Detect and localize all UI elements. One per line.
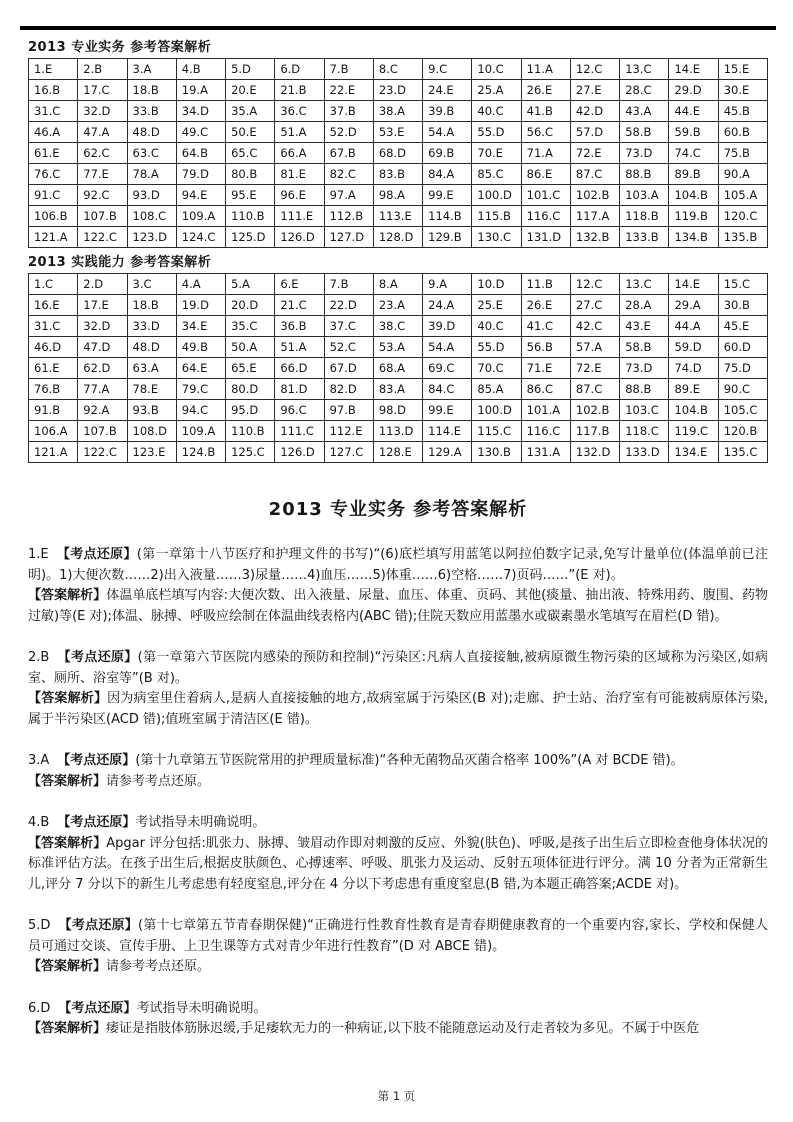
answer-cell: 3.A bbox=[127, 59, 176, 80]
answer-cell: 33.B bbox=[127, 101, 176, 122]
table-row: 1.C2.D3.C4.A5.A6.E7.B8.A9.A10.D11.B12.C1… bbox=[29, 274, 768, 295]
answer-cell: 103.A bbox=[620, 185, 669, 206]
answer-cell: 61.E bbox=[29, 358, 78, 379]
answer-cell: 9.C bbox=[423, 59, 472, 80]
table-row: 76.B77.A78.E79.C80.D81.D82.D83.A84.C85.A… bbox=[29, 379, 768, 400]
answer-cell: 84.A bbox=[423, 164, 472, 185]
answer-cell: 28.A bbox=[620, 295, 669, 316]
answer-cell: 41.C bbox=[521, 316, 570, 337]
answer-cell: 119.C bbox=[669, 421, 718, 442]
answer-cell: 37.B bbox=[324, 101, 373, 122]
item-number: 6.D bbox=[28, 1001, 58, 1016]
answer-cell: 52.C bbox=[324, 337, 373, 358]
answer-cell: 60.D bbox=[718, 337, 767, 358]
analysis-item: 6.D【考点还原】考试指导未明确说明。【答案解析】痿证是指肢体筋脉迟缓,手足痿软… bbox=[28, 999, 768, 1040]
item-number: 1.E bbox=[28, 547, 57, 562]
answer-cell: 39.D bbox=[423, 316, 472, 337]
answer-cell: 25.E bbox=[472, 295, 521, 316]
answer-cell: 104.B bbox=[669, 185, 718, 206]
answer-cell: 135.C bbox=[718, 442, 767, 463]
answer-cell: 126.D bbox=[275, 227, 324, 248]
answer-cell: 85.C bbox=[472, 164, 521, 185]
answer-cell: 101.A bbox=[521, 400, 570, 421]
answer-cell: 55.D bbox=[472, 337, 521, 358]
answer-cell: 47.A bbox=[78, 122, 127, 143]
answer-cell: 58.B bbox=[620, 337, 669, 358]
answer-cell: 106.A bbox=[29, 421, 78, 442]
analysis-items: 1.E【考点还原】(第一章第十八节医疗和护理文件的书写)“(6)底栏填写用蓝笔以… bbox=[28, 545, 768, 1040]
answer-cell: 102.B bbox=[570, 185, 619, 206]
answer-cell: 114.E bbox=[423, 421, 472, 442]
answer-cell: 36.C bbox=[275, 101, 324, 122]
answer-cell: 79.D bbox=[176, 164, 225, 185]
answer-cell: 123.D bbox=[127, 227, 176, 248]
answer-cell: 69.B bbox=[423, 143, 472, 164]
answer-cell: 44.E bbox=[669, 101, 718, 122]
answer-cell: 83.B bbox=[373, 164, 422, 185]
answer-cell: 117.A bbox=[570, 206, 619, 227]
answer-cell: 34.E bbox=[176, 316, 225, 337]
answer-cell: 74.C bbox=[669, 143, 718, 164]
answer-cell: 63.C bbox=[127, 143, 176, 164]
analysis-item: 5.D【考点还原】(第十七章第五节青春期保健)“正确进行性教育性教育是青春期健康… bbox=[28, 916, 768, 978]
answer-cell: 89.E bbox=[669, 379, 718, 400]
answer-cell: 114.B bbox=[423, 206, 472, 227]
answer-cell: 35.A bbox=[226, 101, 275, 122]
answer-cell: 72.E bbox=[570, 358, 619, 379]
answer-cell: 128.E bbox=[373, 442, 422, 463]
document-page: 2013 专业实务 参考答案解析 1.E2.B3.A4.B5.D6.D7.B8.… bbox=[0, 0, 793, 1122]
answer-cell: 3.C bbox=[127, 274, 176, 295]
answer-cell: 26.E bbox=[521, 295, 570, 316]
answer-cell: 97.B bbox=[324, 400, 373, 421]
answer-cell: 96.E bbox=[275, 185, 324, 206]
answer-cell: 16.E bbox=[29, 295, 78, 316]
answer-cell: 67.B bbox=[324, 143, 373, 164]
item-number: 5.D bbox=[28, 918, 58, 933]
answer-cell: 74.D bbox=[669, 358, 718, 379]
answer-cell: 118.C bbox=[620, 421, 669, 442]
answer-cell: 12.C bbox=[570, 274, 619, 295]
answer-cell: 16.B bbox=[29, 80, 78, 101]
analysis-item: 3.A【考点还原】(第十九章第五节医院常用的护理质量标准)“各种无菌物品灭菌合格… bbox=[28, 751, 768, 792]
answer-cell: 95.D bbox=[226, 400, 275, 421]
answer-cell: 18.B bbox=[127, 80, 176, 101]
answer-cell: 42.C bbox=[570, 316, 619, 337]
answer-cell: 78.E bbox=[127, 379, 176, 400]
answer-cell: 26.E bbox=[521, 80, 570, 101]
answer-cell: 8.A bbox=[373, 274, 422, 295]
kaodian-paragraph: 6.D【考点还原】考试指导未明确说明。 bbox=[28, 999, 768, 1020]
answer-cell: 22.D bbox=[324, 295, 373, 316]
answer-cell: 120.C bbox=[718, 206, 767, 227]
answer-cell: 64.E bbox=[176, 358, 225, 379]
answer-cell: 12.C bbox=[570, 59, 619, 80]
answer-cell: 91.C bbox=[29, 185, 78, 206]
answer-cell: 57.A bbox=[570, 337, 619, 358]
answer-cell: 94.C bbox=[176, 400, 225, 421]
answer-cell: 4.B bbox=[176, 59, 225, 80]
answer-cell: 54.A bbox=[423, 122, 472, 143]
answer-cell: 132.B bbox=[570, 227, 619, 248]
answer-cell: 50.E bbox=[226, 122, 275, 143]
answer-cell: 125.C bbox=[226, 442, 275, 463]
answer-cell: 64.B bbox=[176, 143, 225, 164]
answer-cell: 80.B bbox=[226, 164, 275, 185]
answer-cell: 2.D bbox=[78, 274, 127, 295]
answer-cell: 94.E bbox=[176, 185, 225, 206]
answer-cell: 49.B bbox=[176, 337, 225, 358]
jiexi-paragraph: 【答案解析】痿证是指肢体筋脉迟缓,手足痿软无力的一种病证,以下肢不能随意运动及行… bbox=[28, 1019, 768, 1040]
kaodian-paragraph: 2.B【考点还原】(第一章第六节医院内感染的预防和控制)“污染区:凡病人直接接触… bbox=[28, 648, 768, 689]
answer-cell: 108.C bbox=[127, 206, 176, 227]
answer-cell: 80.D bbox=[226, 379, 275, 400]
answer-cell: 62.D bbox=[78, 358, 127, 379]
table-row: 106.B107.B108.C109.A110.B111.E112.B113.E… bbox=[29, 206, 768, 227]
answer-cell: 62.C bbox=[78, 143, 127, 164]
answer-cell: 65.E bbox=[226, 358, 275, 379]
answer-cell: 100.D bbox=[472, 400, 521, 421]
answer-cell: 76.B bbox=[29, 379, 78, 400]
table-row: 16.B17.C18.B19.A20.E21.B22.E23.D24.E25.A… bbox=[29, 80, 768, 101]
jiexi-label: 【答案解析】 bbox=[28, 959, 106, 974]
answer-cell: 101.C bbox=[521, 185, 570, 206]
answer-cell: 47.D bbox=[78, 337, 127, 358]
answer-table-2: 1.C2.D3.C4.A5.A6.E7.B8.A9.A10.D11.B12.C1… bbox=[28, 273, 768, 463]
jiexi-paragraph: 【答案解析】Apgar 评分包括:肌张力、脉搏、皱眉动作即对刺激的反应、外貌(肤… bbox=[28, 834, 768, 896]
answer-cell: 50.A bbox=[226, 337, 275, 358]
answer-cell: 88.B bbox=[620, 379, 669, 400]
answer-cell: 28.C bbox=[620, 80, 669, 101]
answer-cell: 18.B bbox=[127, 295, 176, 316]
answer-cell: 11.B bbox=[521, 274, 570, 295]
answer-cell: 13.C bbox=[620, 59, 669, 80]
answer-cell: 98.A bbox=[373, 185, 422, 206]
answer-cell: 41.B bbox=[521, 101, 570, 122]
answer-cell: 104.B bbox=[669, 400, 718, 421]
answer-cell: 14.E bbox=[669, 59, 718, 80]
table-row: 61.E62.C63.C64.B65.C66.A67.B68.D69.B70.E… bbox=[29, 143, 768, 164]
answer-cell: 116.C bbox=[521, 421, 570, 442]
answer-cell: 133.B bbox=[620, 227, 669, 248]
answer-cell: 65.C bbox=[226, 143, 275, 164]
answer-cell: 15.C bbox=[718, 274, 767, 295]
answer-cell: 44.A bbox=[669, 316, 718, 337]
table-row: 106.A107.B108.D109.A110.B111.C112.E113.D… bbox=[29, 421, 768, 442]
answer-cell: 40.C bbox=[472, 316, 521, 337]
answer-cell: 54.A bbox=[423, 337, 472, 358]
answer-cell: 98.D bbox=[373, 400, 422, 421]
answer-cell: 77.E bbox=[78, 164, 127, 185]
answer-cell: 81.D bbox=[275, 379, 324, 400]
answer-cell: 79.C bbox=[176, 379, 225, 400]
answer-cell: 113.D bbox=[373, 421, 422, 442]
answer-cell: 34.D bbox=[176, 101, 225, 122]
answer-cell: 49.C bbox=[176, 122, 225, 143]
answer-cell: 11.A bbox=[521, 59, 570, 80]
answer-cell: 124.B bbox=[176, 442, 225, 463]
answer-cell: 73.D bbox=[620, 358, 669, 379]
answer-cell: 20.E bbox=[226, 80, 275, 101]
answer-cell: 59.B bbox=[669, 122, 718, 143]
answer-cell: 108.D bbox=[127, 421, 176, 442]
answer-cell: 59.D bbox=[669, 337, 718, 358]
answer-cell: 90.C bbox=[718, 379, 767, 400]
answer-cell: 10.C bbox=[472, 59, 521, 80]
table-row: 46.A47.A48.D49.C50.E51.A52.D53.E54.A55.D… bbox=[29, 122, 768, 143]
answer-cell: 106.B bbox=[29, 206, 78, 227]
answer-cell: 86.E bbox=[521, 164, 570, 185]
table-row: 91.C92.C93.D94.E95.E96.E97.A98.A99.E100.… bbox=[29, 185, 768, 206]
analysis-item: 4.B【考点还原】考试指导未明确说明。【答案解析】Apgar 评分包括:肌张力、… bbox=[28, 813, 768, 895]
answer-cell: 15.E bbox=[718, 59, 767, 80]
answer-cell: 96.C bbox=[275, 400, 324, 421]
answer-cell: 111.E bbox=[275, 206, 324, 227]
answer-cell: 129.B bbox=[423, 227, 472, 248]
answer-cell: 127.C bbox=[324, 442, 373, 463]
answer-cell: 78.A bbox=[127, 164, 176, 185]
answer-cell: 68.D bbox=[373, 143, 422, 164]
jiexi-label: 【答案解析】 bbox=[28, 1021, 106, 1036]
kaodian-paragraph: 4.B【考点还原】考试指导未明确说明。 bbox=[28, 813, 768, 834]
answer-cell: 52.D bbox=[324, 122, 373, 143]
answer-cell: 86.C bbox=[521, 379, 570, 400]
kaodian-label: 【考点还原】 bbox=[58, 1001, 136, 1016]
answer-cell: 109.A bbox=[176, 206, 225, 227]
answer-cell: 1.C bbox=[29, 274, 78, 295]
answer-cell: 69.C bbox=[423, 358, 472, 379]
answer-cell: 93.B bbox=[127, 400, 176, 421]
kaodian-paragraph: 1.E【考点还原】(第一章第十八节医疗和护理文件的书写)“(6)底栏填写用蓝笔以… bbox=[28, 545, 768, 586]
kaodian-label: 【考点还原】 bbox=[57, 753, 135, 768]
answer-cell: 122.C bbox=[78, 442, 127, 463]
answer-cell: 132.D bbox=[570, 442, 619, 463]
answer-cell: 42.D bbox=[570, 101, 619, 122]
answer-cell: 112.E bbox=[324, 421, 373, 442]
answer-cell: 130.B bbox=[472, 442, 521, 463]
answer-cell: 58.B bbox=[620, 122, 669, 143]
answer-cell: 40.C bbox=[472, 101, 521, 122]
answer-cell: 127.D bbox=[324, 227, 373, 248]
answer-cell: 99.E bbox=[423, 185, 472, 206]
answer-cell: 33.D bbox=[127, 316, 176, 337]
answer-cell: 61.E bbox=[29, 143, 78, 164]
answer-cell: 117.B bbox=[570, 421, 619, 442]
answer-cell: 76.C bbox=[29, 164, 78, 185]
answer-cell: 38.A bbox=[373, 101, 422, 122]
answer-cell: 133.D bbox=[620, 442, 669, 463]
top-double-rule bbox=[20, 26, 776, 30]
jiexi-label: 【答案解析】 bbox=[28, 774, 106, 789]
answer-cell: 21.C bbox=[275, 295, 324, 316]
answer-cell: 71.E bbox=[521, 358, 570, 379]
answer-cell: 92.A bbox=[78, 400, 127, 421]
answer-cell: 27.E bbox=[570, 80, 619, 101]
answer-cell: 53.E bbox=[373, 122, 422, 143]
answer-cell: 13.C bbox=[620, 274, 669, 295]
answer-cell: 29.D bbox=[669, 80, 718, 101]
answer-cell: 103.C bbox=[620, 400, 669, 421]
answer-cell: 87.C bbox=[570, 164, 619, 185]
kaodian-label: 【考点还原】 bbox=[57, 547, 137, 562]
kaodian-label: 【考点还原】 bbox=[58, 918, 138, 933]
section2-header: 2013 实践能力 参考答案解析 bbox=[28, 251, 768, 270]
kaodian-label: 【考点还原】 bbox=[57, 650, 137, 665]
answer-cell: 122.C bbox=[78, 227, 127, 248]
answer-cell: 99.E bbox=[423, 400, 472, 421]
analysis-title: 2013 专业实务 参考答案解析 bbox=[28, 495, 768, 521]
answer-cell: 30.B bbox=[718, 295, 767, 316]
answer-cell: 23.A bbox=[373, 295, 422, 316]
answer-cell: 23.D bbox=[373, 80, 422, 101]
answer-cell: 51.A bbox=[275, 122, 324, 143]
table-row: 1.E2.B3.A4.B5.D6.D7.B8.C9.C10.C11.A12.C1… bbox=[29, 59, 768, 80]
table-row: 16.E17.E18.B19.D20.D21.C22.D23.A24.A25.E… bbox=[29, 295, 768, 316]
table-row: 61.E62.D63.A64.E65.E66.D67.D68.A69.C70.C… bbox=[29, 358, 768, 379]
answer-cell: 17.E bbox=[78, 295, 127, 316]
answer-cell: 135.B bbox=[718, 227, 767, 248]
answer-cell: 91.B bbox=[29, 400, 78, 421]
answer-cell: 57.D bbox=[570, 122, 619, 143]
table-row: 76.C77.E78.A79.D80.B81.E82.C83.B84.A85.C… bbox=[29, 164, 768, 185]
answer-cell: 63.A bbox=[127, 358, 176, 379]
answer-cell: 46.D bbox=[29, 337, 78, 358]
answer-cell: 7.B bbox=[324, 59, 373, 80]
answer-cell: 115.C bbox=[472, 421, 521, 442]
jiexi-label: 【答案解析】 bbox=[28, 691, 107, 706]
page-footer: 第 1 页 bbox=[0, 1088, 793, 1104]
answer-cell: 102.B bbox=[570, 400, 619, 421]
answer-cell: 43.A bbox=[620, 101, 669, 122]
answer-cell: 88.B bbox=[620, 164, 669, 185]
answer-cell: 126.D bbox=[275, 442, 324, 463]
kaodian-paragraph: 3.A【考点还原】(第十九章第五节医院常用的护理质量标准)“各种无菌物品灭菌合格… bbox=[28, 751, 768, 772]
answer-cell: 134.B bbox=[669, 227, 718, 248]
section1-header: 2013 专业实务 参考答案解析 bbox=[28, 36, 768, 55]
answer-cell: 70.E bbox=[472, 143, 521, 164]
answer-cell: 81.E bbox=[275, 164, 324, 185]
answer-cell: 32.D bbox=[78, 101, 127, 122]
answer-cell: 83.A bbox=[373, 379, 422, 400]
answer-cell: 107.B bbox=[78, 421, 127, 442]
answer-cell: 29.A bbox=[669, 295, 718, 316]
answer-cell: 66.D bbox=[275, 358, 324, 379]
answer-cell: 45.B bbox=[718, 101, 767, 122]
answer-cell: 90.A bbox=[718, 164, 767, 185]
answer-cell: 38.C bbox=[373, 316, 422, 337]
answer-cell: 9.A bbox=[423, 274, 472, 295]
answer-cell: 35.C bbox=[226, 316, 275, 337]
answer-cell: 32.D bbox=[78, 316, 127, 337]
answer-cell: 111.C bbox=[275, 421, 324, 442]
answer-cell: 110.B bbox=[226, 206, 275, 227]
answer-cell: 10.D bbox=[472, 274, 521, 295]
answer-cell: 84.C bbox=[423, 379, 472, 400]
item-number: 2.B bbox=[28, 650, 57, 665]
answer-cell: 105.A bbox=[718, 185, 767, 206]
answer-cell: 97.A bbox=[324, 185, 373, 206]
answer-cell: 72.E bbox=[570, 143, 619, 164]
answer-cell: 55.D bbox=[472, 122, 521, 143]
answer-cell: 75.B bbox=[718, 143, 767, 164]
answer-cell: 75.D bbox=[718, 358, 767, 379]
answer-cell: 31.C bbox=[29, 316, 78, 337]
item-number: 4.B bbox=[28, 815, 57, 830]
answer-cell: 112.B bbox=[324, 206, 373, 227]
kaodian-label: 【考点还原】 bbox=[57, 815, 135, 830]
answer-cell: 82.D bbox=[324, 379, 373, 400]
answer-cell: 82.C bbox=[324, 164, 373, 185]
answer-cell: 5.D bbox=[226, 59, 275, 80]
answer-cell: 36.B bbox=[275, 316, 324, 337]
answer-cell: 8.C bbox=[373, 59, 422, 80]
answer-cell: 1.E bbox=[29, 59, 78, 80]
kaodian-paragraph: 5.D【考点还原】(第十七章第五节青春期保健)“正确进行性教育性教育是青春期健康… bbox=[28, 916, 768, 957]
answer-cell: 68.A bbox=[373, 358, 422, 379]
answer-cell: 30.E bbox=[718, 80, 767, 101]
answer-cell: 48.D bbox=[127, 122, 176, 143]
answer-cell: 89.B bbox=[669, 164, 718, 185]
table-row: 121.A122.C123.E124.B125.C126.D127.C128.E… bbox=[29, 442, 768, 463]
answer-cell: 43.E bbox=[620, 316, 669, 337]
answer-table-1: 1.E2.B3.A4.B5.D6.D7.B8.C9.C10.C11.A12.C1… bbox=[28, 58, 768, 248]
answer-cell: 6.E bbox=[275, 274, 324, 295]
answer-cell: 67.D bbox=[324, 358, 373, 379]
answer-cell: 17.C bbox=[78, 80, 127, 101]
answer-cell: 125.D bbox=[226, 227, 275, 248]
answer-cell: 87.C bbox=[570, 379, 619, 400]
answer-cell: 27.C bbox=[570, 295, 619, 316]
answer-cell: 7.B bbox=[324, 274, 373, 295]
answer-cell: 53.A bbox=[373, 337, 422, 358]
jiexi-paragraph: 【答案解析】请参考考点还原。 bbox=[28, 772, 768, 793]
answer-cell: 120.B bbox=[718, 421, 767, 442]
answer-cell: 56.B bbox=[521, 337, 570, 358]
answer-cell: 60.B bbox=[718, 122, 767, 143]
answer-cell: 25.A bbox=[472, 80, 521, 101]
answer-cell: 109.A bbox=[176, 421, 225, 442]
answer-cell: 56.C bbox=[521, 122, 570, 143]
answer-cell: 113.E bbox=[373, 206, 422, 227]
answer-cell: 100.D bbox=[472, 185, 521, 206]
answer-cell: 39.B bbox=[423, 101, 472, 122]
analysis-item: 2.B【考点还原】(第一章第六节医院内感染的预防和控制)“污染区:凡病人直接接触… bbox=[28, 648, 768, 730]
answer-cell: 71.A bbox=[521, 143, 570, 164]
answer-cell: 93.D bbox=[127, 185, 176, 206]
answer-cell: 20.D bbox=[226, 295, 275, 316]
answer-cell: 19.D bbox=[176, 295, 225, 316]
answer-cell: 131.A bbox=[521, 442, 570, 463]
jiexi-paragraph: 【答案解析】请参考考点还原。 bbox=[28, 957, 768, 978]
table-row: 31.C32.D33.B34.D35.A36.C37.B38.A39.B40.C… bbox=[29, 101, 768, 122]
answer-cell: 123.E bbox=[127, 442, 176, 463]
table-row: 46.D47.D48.D49.B50.A51.A52.C53.A54.A55.D… bbox=[29, 337, 768, 358]
answer-cell: 66.A bbox=[275, 143, 324, 164]
answer-cell: 119.B bbox=[669, 206, 718, 227]
table-row: 31.C32.D33.D34.E35.C36.B37.C38.C39.D40.C… bbox=[29, 316, 768, 337]
answer-cell: 131.D bbox=[521, 227, 570, 248]
answer-cell: 121.A bbox=[29, 227, 78, 248]
jiexi-label: 【答案解析】 bbox=[28, 836, 106, 851]
answer-cell: 128.D bbox=[373, 227, 422, 248]
answer-cell: 95.E bbox=[226, 185, 275, 206]
answer-cell: 105.C bbox=[718, 400, 767, 421]
answer-cell: 46.A bbox=[29, 122, 78, 143]
answer-cell: 115.B bbox=[472, 206, 521, 227]
answer-cell: 45.E bbox=[718, 316, 767, 337]
answer-cell: 110.B bbox=[226, 421, 275, 442]
answer-cell: 4.A bbox=[176, 274, 225, 295]
